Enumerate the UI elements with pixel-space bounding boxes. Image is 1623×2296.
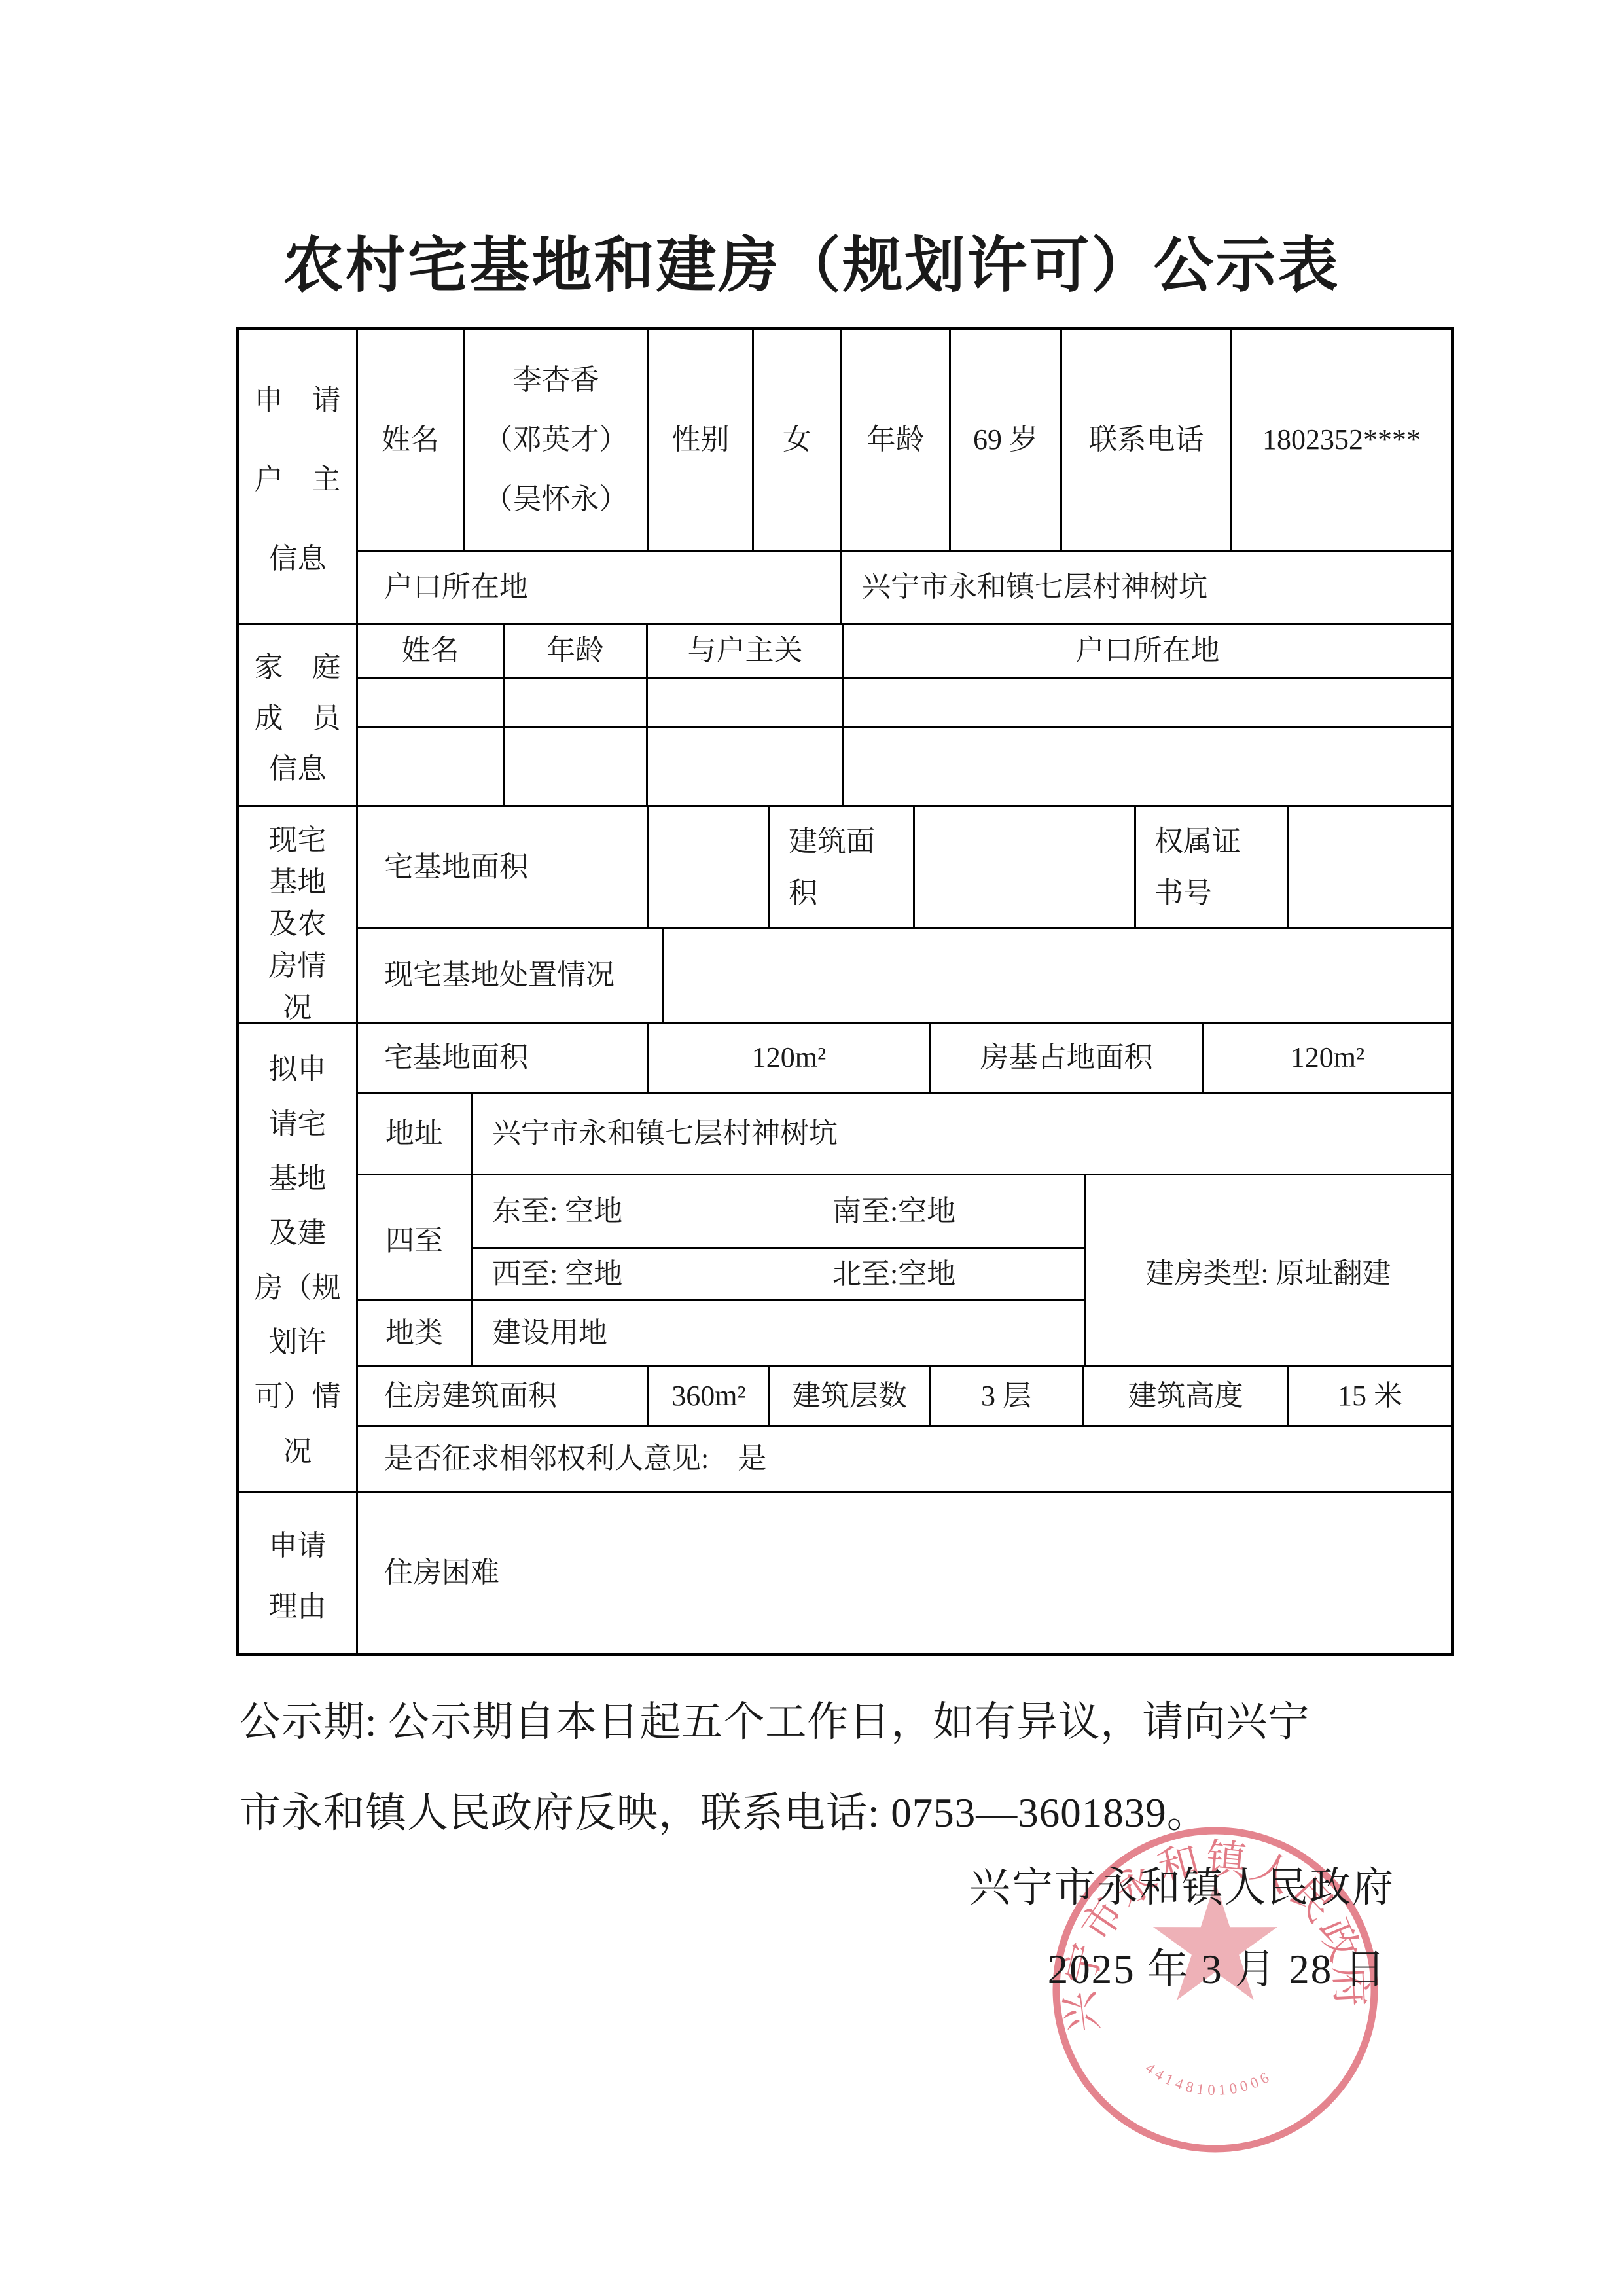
floors-value: 3 层 (931, 1367, 1084, 1425)
family-header-residence: 户口所在地 (844, 625, 1451, 677)
notice-paragraph: 公示期: 公示期自本日起五个工作日，如有异议，请向兴宁 市永和镇人民政府反映，联… (240, 1677, 1470, 1859)
notice-line-2: 市永和镇人民政府反映，联系电话: 0753—3601839。 (240, 1768, 1470, 1859)
family-cell-empty (358, 728, 505, 805)
family-header-name: 姓名 (358, 625, 505, 677)
section-label-line: 成 员 (255, 694, 341, 736)
boundaries-values: 东至: 空地 南至:空地 西至: 空地 北至:空地 (473, 1175, 1084, 1299)
section-label-line: 房情 (269, 942, 327, 984)
issue-date: 2025 年 3 月 28 日 (1048, 1936, 1387, 1996)
section-family: 家 庭 成 员 信息 姓名 年龄 与户主关 户口所在地 (239, 625, 1451, 807)
floor-area-label: 住房建筑面积 (358, 1367, 649, 1425)
age-value: 69 岁 (951, 330, 1062, 550)
page-title: 农村宅基地和建房（规划许可）公示表 (0, 217, 1623, 304)
reason-value: 住房困难 (358, 1493, 1451, 1653)
gender-label: 性别 (649, 330, 754, 550)
address-label: 地址 (358, 1094, 473, 1174)
section-label-line: 家 庭 (255, 643, 341, 685)
phone-value: 1802352**** (1232, 330, 1451, 550)
section-label-line: 划许 (269, 1318, 327, 1360)
boundaries-block: 四至 东至: 空地 南至:空地 西至: 空地 北至:空地 (358, 1175, 1451, 1367)
section-label-line: 信息 (269, 535, 327, 577)
name-value: 李杏香 （邓英才） （吴怀永） (465, 330, 649, 550)
gender-value: 女 (754, 330, 842, 550)
cert-no-label: 权属证书号 (1136, 807, 1289, 927)
section-label-line: 理由 (269, 1583, 327, 1624)
section-label-line: 拟申 (269, 1045, 327, 1087)
name-label: 姓名 (358, 330, 465, 550)
east-value: 东至: 空地 (492, 1189, 832, 1234)
notice-line-1: 公示期: 公示期自本日起五个工作日，如有异议，请向兴宁 (240, 1677, 1470, 1768)
floor-area-row: 住房建筑面积 360m² 建筑层数 3 层 建筑高度 15 米 (358, 1367, 1451, 1427)
building-area-value (915, 807, 1136, 927)
applicant-content: 姓名 李杏香 （邓英才） （吴怀永） 性别 女 年龄 69 岁 联系电话 180… (358, 330, 1451, 623)
section-label-proposed: 拟申 请宅 基地 及建 房（规 划许 可）情 况 (239, 1024, 358, 1491)
section-label-line: 申 请 (255, 376, 341, 418)
form-table: 申 请 户 主 信息 姓名 李杏香 （邓英才） （吴怀永） 性别 女 年龄 69… (236, 327, 1454, 1656)
east-south-row: 东至: 空地 南至:空地 (473, 1175, 1084, 1249)
family-empty-row (358, 679, 1451, 728)
name-line: 李杏香 (513, 358, 599, 403)
issuer-signature: 兴宁市永和镇人民政府 (969, 1854, 1395, 1914)
section-applicant: 申 请 户 主 信息 姓名 李杏香 （邓英才） （吴怀永） 性别 女 年龄 69… (239, 330, 1451, 625)
disposal-value (664, 929, 1451, 1022)
current-disposal-row: 现宅基地处置情况 (358, 929, 1451, 1022)
boundaries-rows: 四至 东至: 空地 南至:空地 西至: 空地 北至:空地 (358, 1175, 1084, 1301)
address-row: 地址 兴宁市永和镇七层村神树坑 (358, 1094, 1451, 1175)
west-value: 西至: 空地 (492, 1252, 832, 1297)
section-label-line: 请宅 (269, 1100, 327, 1142)
section-label-line: 房（规 (255, 1264, 341, 1306)
family-cell-empty (505, 679, 648, 726)
floor-area-value: 360m² (649, 1367, 770, 1425)
family-content: 姓名 年龄 与户主关 户口所在地 (358, 625, 1451, 805)
section-proposed: 拟申 请宅 基地 及建 房（规 划许 可）情 况 宅基地面积 120m² 房基占… (239, 1024, 1451, 1493)
section-label-line: 现宅 (269, 816, 327, 858)
section-label-reason: 申请 理由 (239, 1493, 358, 1653)
section-label-line: 可）情 (255, 1372, 341, 1414)
section-label-current: 现宅 基地 及农 房情 况 (239, 807, 358, 1022)
height-value: 15 米 (1289, 1367, 1451, 1425)
building-type-cell: 建房类型: 原址翻建 (1084, 1175, 1451, 1365)
residence-value: 兴宁市永和镇七层村神树坑 (842, 552, 1451, 623)
south-value: 南至:空地 (832, 1189, 955, 1234)
proposed-area-label: 宅基地面积 (358, 1024, 649, 1092)
applicant-residence-row: 户口所在地 兴宁市永和镇七层村神树坑 (358, 552, 1451, 623)
document-page: 农村宅基地和建房（规划许可）公示表 申 请 户 主 信息 姓名 李杏香 （邓英才… (0, 0, 1623, 2296)
phone-label: 联系电话 (1062, 330, 1232, 550)
land-type-value: 建设用地 (473, 1301, 1084, 1365)
section-label-line: 申请 (269, 1522, 327, 1564)
current-area-label: 宅基地面积 (358, 807, 649, 927)
building-area-label: 建筑面积 (770, 807, 915, 927)
name-line: （吴怀永） (484, 477, 628, 522)
family-cell-empty (648, 728, 844, 805)
address-value: 兴宁市永和镇七层村神树坑 (473, 1094, 1451, 1174)
neighbor-consent-row: 是否征求相邻权利人意见: 是 (358, 1427, 1451, 1491)
section-label-line: 基地 (269, 858, 327, 900)
disposal-label: 现宅基地处置情况 (358, 929, 664, 1022)
proposed-content: 宅基地面积 120m² 房基占地面积 120m² 地址 兴宁市永和镇七层村神树坑… (358, 1024, 1451, 1491)
section-label-line: 及建 (269, 1209, 327, 1251)
family-cell-empty (844, 679, 1451, 726)
land-type-row: 地类 建设用地 (358, 1301, 1084, 1365)
base-area-value: 120m² (1204, 1024, 1451, 1092)
land-type-label: 地类 (358, 1301, 473, 1365)
section-label-line: 基地 (269, 1155, 327, 1196)
section-reason: 申请 理由 住房困难 (239, 1493, 1451, 1653)
boundaries-left: 四至 东至: 空地 南至:空地 西至: 空地 北至:空地 (358, 1175, 1084, 1365)
section-label-line: 况 (283, 1427, 312, 1469)
base-area-label: 房基占地面积 (931, 1024, 1204, 1092)
section-current-homestead: 现宅 基地 及农 房情 况 宅基地面积 建筑面积 权属证书号 现宅基地处置情况 (239, 807, 1451, 1024)
section-label-line: 况 (283, 984, 312, 1026)
applicant-main-row: 姓名 李杏香 （邓英才） （吴怀永） 性别 女 年龄 69 岁 联系电话 180… (358, 330, 1451, 552)
section-label-applicant: 申 请 户 主 信息 (239, 330, 358, 623)
section-label-line: 及农 (269, 900, 327, 942)
section-label-family: 家 庭 成 员 信息 (239, 625, 358, 805)
family-header-row: 姓名 年龄 与户主关 户口所在地 (358, 625, 1451, 679)
height-label: 建筑高度 (1084, 1367, 1289, 1425)
family-cell-empty (358, 679, 505, 726)
name-line: （邓英才） (484, 418, 628, 462)
current-area-row: 宅基地面积 建筑面积 权属证书号 (358, 807, 1451, 929)
family-cell-empty (505, 728, 648, 805)
age-label: 年龄 (842, 330, 951, 550)
cert-no-value (1289, 807, 1451, 927)
family-cell-empty (844, 728, 1451, 805)
family-header-relation: 与户主关 (648, 625, 844, 677)
residence-label: 户口所在地 (358, 552, 842, 623)
proposed-area-row: 宅基地面积 120m² 房基占地面积 120m² (358, 1024, 1451, 1094)
current-homestead-content: 宅基地面积 建筑面积 权属证书号 现宅基地处置情况 (358, 807, 1451, 1022)
floors-label: 建筑层数 (770, 1367, 931, 1425)
proposed-area-value: 120m² (649, 1024, 931, 1092)
boundaries-label: 四至 (358, 1175, 473, 1299)
family-empty-row (358, 728, 1451, 805)
west-north-row: 西至: 空地 北至:空地 (473, 1249, 1084, 1299)
current-area-value (649, 807, 770, 927)
seal-serial: 441481010006 (1143, 2060, 1275, 2098)
family-cell-empty (648, 679, 844, 726)
section-label-line: 户 主 (255, 456, 341, 497)
neighbor-consent: 是否征求相邻权利人意见: 是 (358, 1427, 1451, 1491)
north-value: 北至:空地 (832, 1252, 955, 1297)
section-label-line: 信息 (269, 745, 327, 787)
family-header-age: 年龄 (505, 625, 648, 677)
